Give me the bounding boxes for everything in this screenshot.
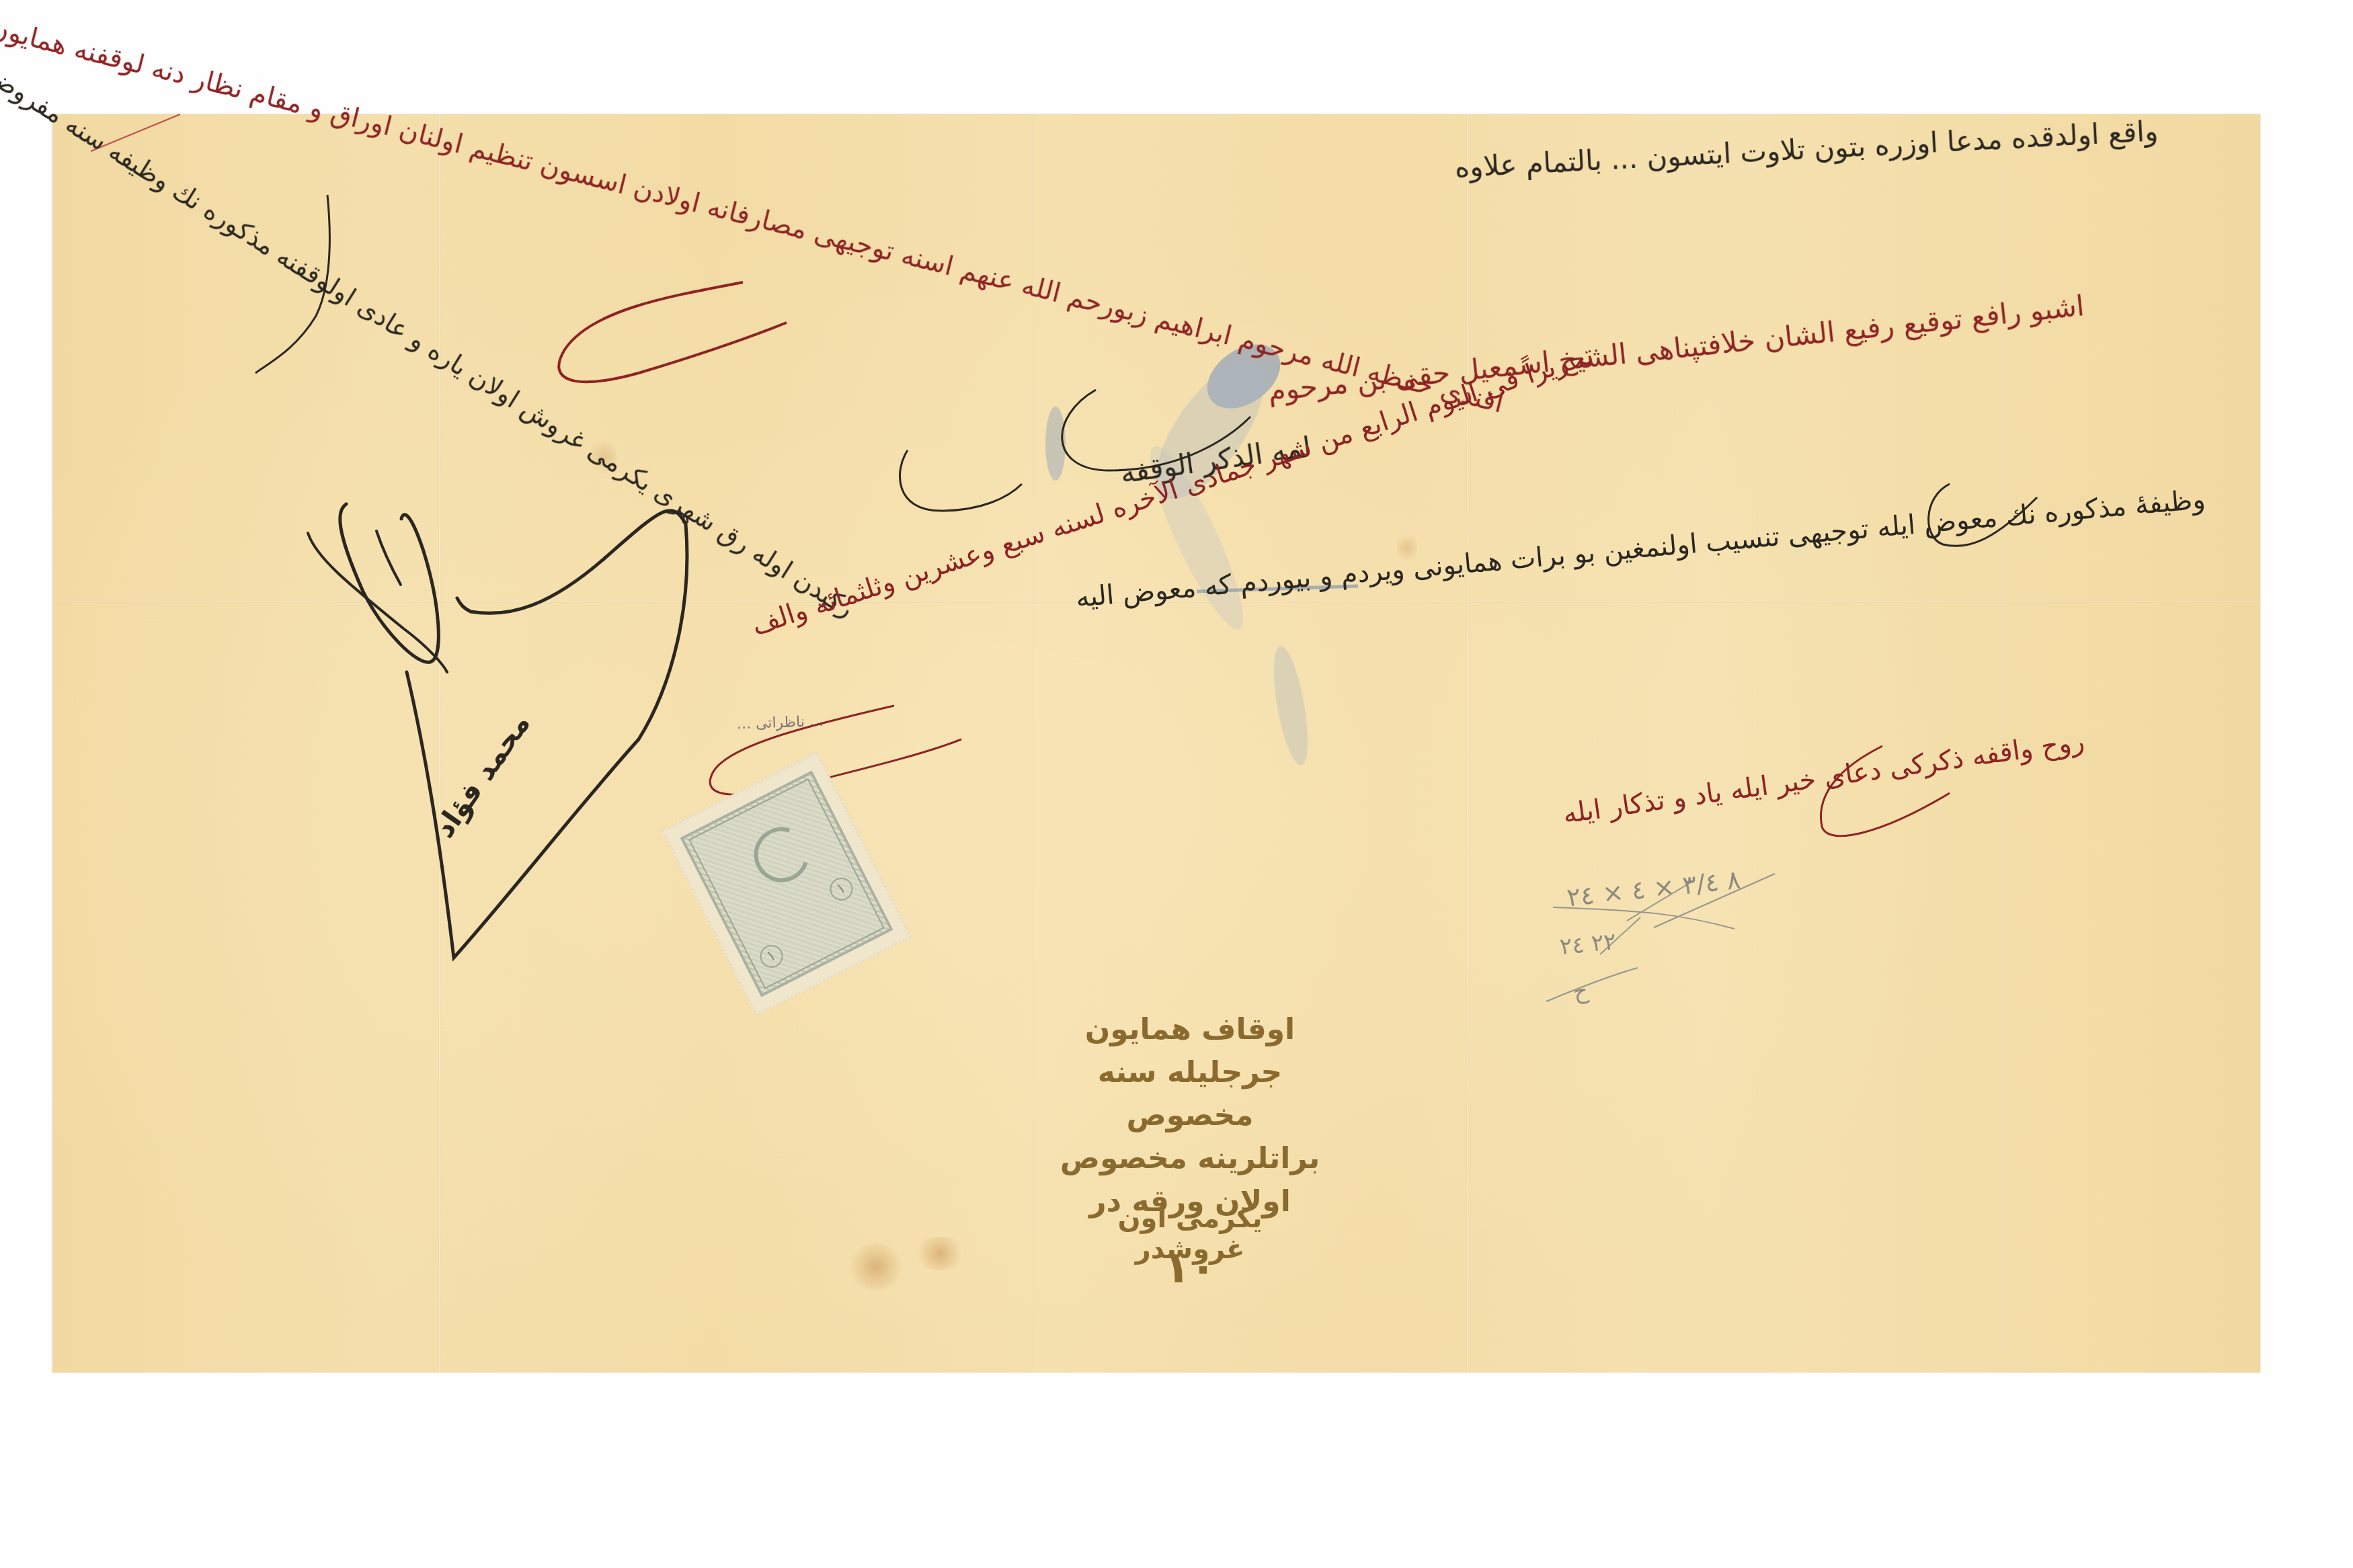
calligraphy-layer: محمد فؤاد — [0, 0, 2353, 1568]
red-flourish-stroke — [559, 282, 787, 382]
stamp-denomination: ١ — [826, 874, 857, 905]
black-flourish-stroke — [900, 450, 1022, 511]
signature-inner-name: محمد فؤاد — [428, 708, 537, 844]
printed-fee-number: ١٠ — [1136, 1243, 1244, 1293]
stamp-denomination: ١ — [756, 941, 787, 972]
crescent-tughra-icon — [744, 818, 818, 892]
printed-paper-heading: اوقاف همایون جرجلیله سنه مخصوص براتلرینه… — [1032, 1008, 1348, 1223]
printed-heading-line-1: اوقاف همایون جرجلیله سنه مخصوص — [1032, 1008, 1348, 1137]
